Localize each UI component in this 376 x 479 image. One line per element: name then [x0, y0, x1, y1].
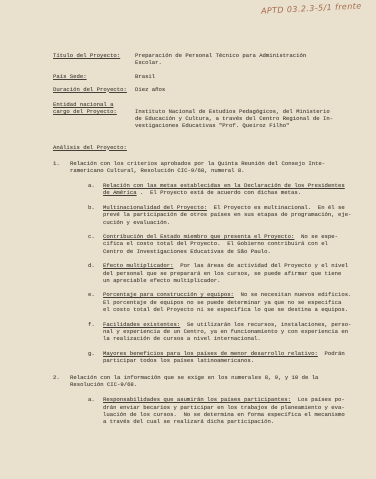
numbered-item: 2. Relación con la información que se ex…	[53, 374, 364, 425]
subitem-letter: d.	[88, 262, 103, 269]
subitem-letter: g.	[88, 350, 103, 357]
subitem-lead: Porcentaje para construcción y equipos:	[103, 291, 234, 298]
lettered-subitem: e. Porcentaje para construcción y equipo…	[88, 291, 364, 313]
field-value: Preparación de Personal Técnico para Adm…	[135, 52, 306, 66]
field-label: País Sede:	[53, 73, 135, 80]
subitem-text: Relación con las metas establecidas en l…	[103, 182, 345, 196]
subitem-letter: b.	[88, 204, 103, 211]
field-project-title: Título del Proyecto: Preparación de Pers…	[53, 52, 364, 66]
field-national-entity: Entidad nacional a cargo del Proyecto: I…	[53, 101, 364, 130]
field-value: Brasil	[135, 73, 155, 80]
field-label: Título del Proyecto:	[53, 52, 135, 59]
field-value: Instituto Nacional de Estudios Pedagógic…	[135, 101, 333, 130]
field-project-duration: Duración del Proyecto: Diez años	[53, 86, 364, 93]
handwritten-archive-annotation: APTD 03.2.3-5/1 frente	[261, 2, 362, 14]
numbered-item: 1. Relación con los criterios aprobados …	[53, 160, 364, 364]
subitem-letter: e.	[88, 291, 103, 298]
subitem-text: Multinacionalidad del Proyecto: El Proye…	[103, 204, 351, 226]
field-label: Entidad nacional a cargo del Proyecto:	[53, 101, 135, 115]
lettered-subitem: c. Contribución del Estado miembro que p…	[88, 233, 364, 255]
subitem-lead: Contribución del Estado miembro que pres…	[103, 233, 294, 240]
lettered-subitem: g. Mayores beneficios para los países de…	[88, 350, 364, 364]
subitem-text: Porcentaje para construcción y equipos: …	[103, 291, 351, 313]
item-subitems: a. Responsabilidades que asumirán los pa…	[53, 396, 364, 425]
subitem-lead: Mayores beneficios para los países de me…	[103, 350, 318, 357]
subitem-text: Efecto multiplicador: Por las áreas de a…	[103, 262, 348, 284]
subitem-lead: Multinacionalidad del Proyecto:	[103, 204, 207, 211]
subitem-lead: Facilidades existentes:	[103, 321, 180, 328]
subitem-text: Contribución del Estado miembro que pres…	[103, 233, 338, 255]
scanned-document-page: APTD 03.2.3-5/1 frente Título del Proyec…	[0, 0, 376, 479]
analysis-items: 1. Relación con los criterios aprobados …	[53, 160, 364, 425]
document-body: Título del Proyecto: Preparación de Pers…	[53, 52, 364, 435]
subitem-letter: f.	[88, 321, 103, 328]
numbered-item-row: 2. Relación con la información que se ex…	[53, 374, 364, 388]
subitem-text: Mayores beneficios para los países de me…	[103, 350, 345, 364]
lettered-subitem: d. Efecto multiplicador: Por las áreas d…	[88, 262, 364, 284]
subitem-rest: . El Proyecto está de acuerdo con dichas…	[137, 189, 301, 196]
lettered-subitem: f. Facilidades existentes: Se utilizarán…	[88, 321, 364, 343]
lettered-subitem: a. Relación con las metas establecidas e…	[88, 182, 364, 196]
subitem-letter: a.	[88, 396, 103, 403]
lettered-subitem: b. Multinacionalidad del Proyecto: El Pr…	[88, 204, 364, 226]
subitem-letter: c.	[88, 233, 103, 240]
subitem-letter: a.	[88, 182, 103, 189]
item-number: 2.	[53, 374, 70, 381]
subitem-text: Facilidades existentes: Se utilizarán lo…	[103, 321, 351, 343]
item-text: Relación con la información que se exige…	[70, 374, 318, 388]
field-label: Duración del Proyecto:	[53, 86, 135, 93]
item-text: Relación con los criterios aprobados por…	[70, 160, 325, 174]
subitem-lead: Responsabilidades que asumirán los paíse…	[103, 396, 291, 403]
item-number: 1.	[53, 160, 70, 167]
item-subitems: a. Relación con las metas establecidas e…	[53, 182, 364, 364]
lettered-subitem: a. Responsabilidades que asumirán los pa…	[88, 396, 364, 425]
field-value: Diez años	[135, 86, 165, 93]
subitem-lead: Efecto multiplicador:	[103, 262, 174, 269]
field-host-country: País Sede: Brasil	[53, 73, 364, 80]
section-title-analysis: Análisis del Proyecto:	[53, 144, 364, 151]
subitem-text: Responsabilidades que asumirán los paíse…	[103, 396, 345, 425]
numbered-item-row: 1. Relación con los criterios aprobados …	[53, 160, 364, 174]
